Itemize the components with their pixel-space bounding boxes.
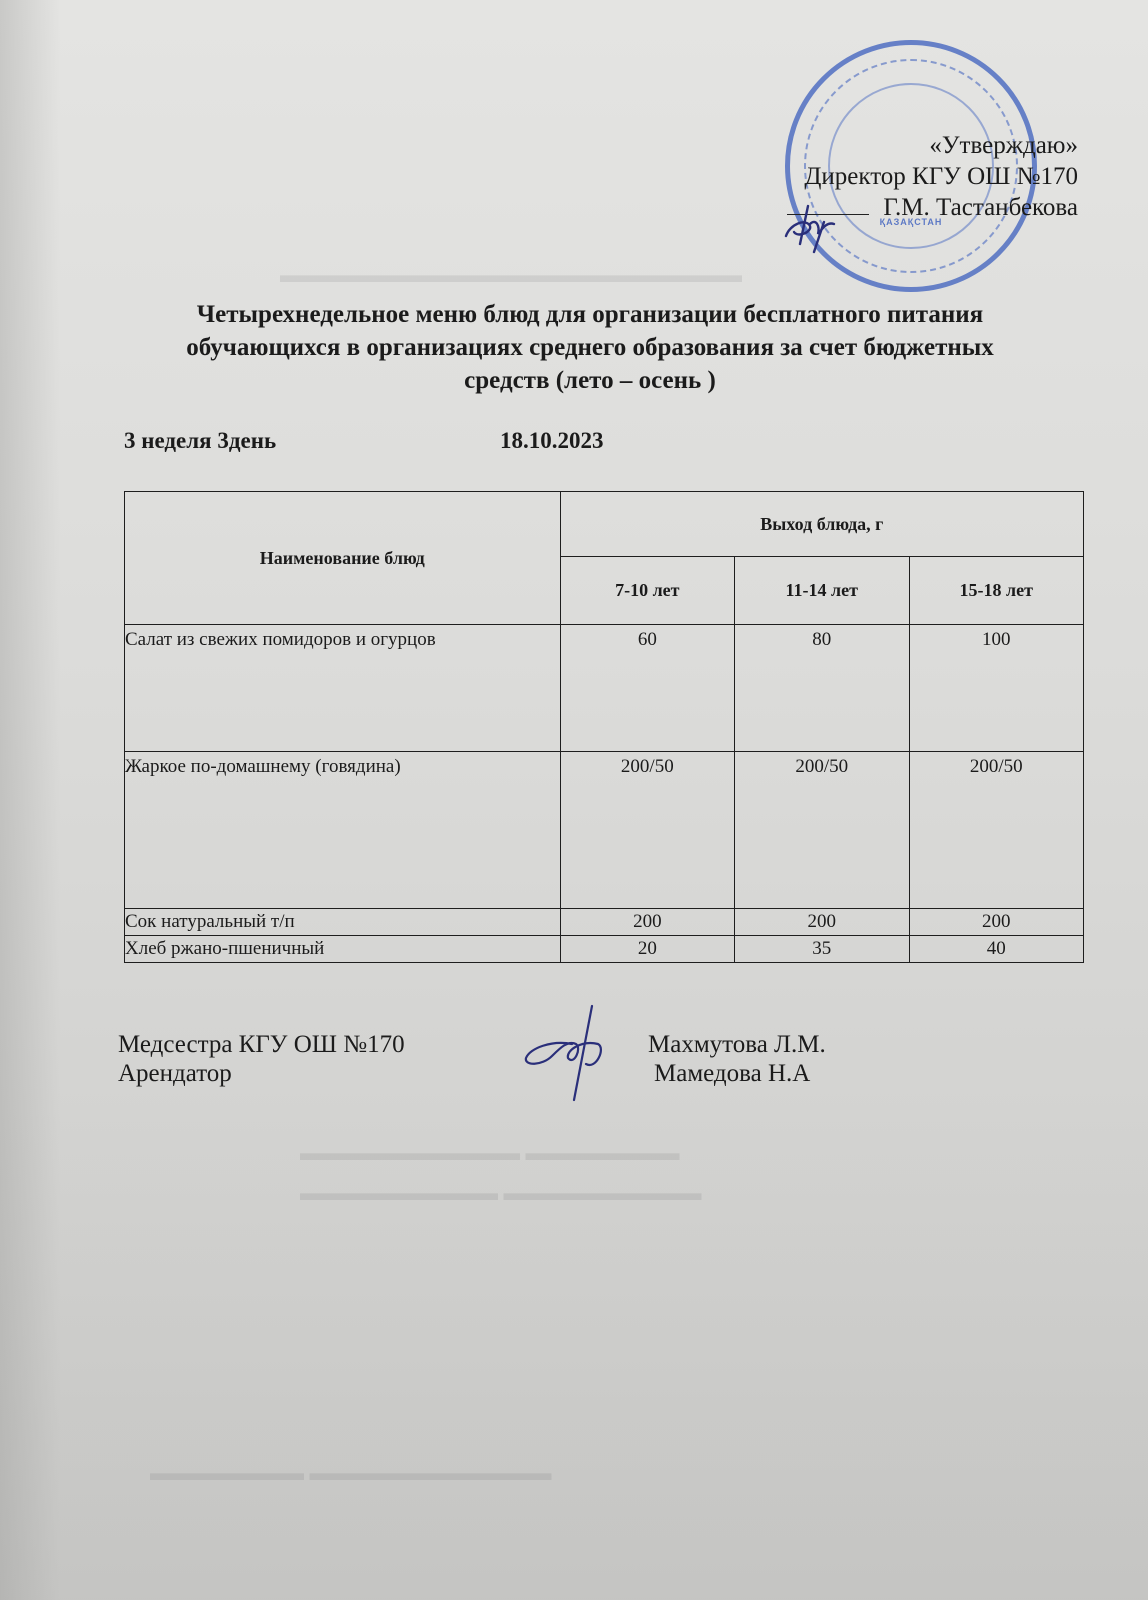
yield-value: 200/50 [560, 752, 734, 909]
approval-label: «Утверждаю» [787, 130, 1078, 161]
tenant-position: Арендатор [118, 1059, 405, 1088]
table-row: Жаркое по-домашнему (говядина) 200/50 20… [125, 752, 1084, 909]
show-through-decoration: ▬▬▬▬▬▬▬▬▬▬▬ ▬▬▬▬▬▬▬ [150, 1460, 552, 1486]
show-through-decoration: ▬▬▬▬▬▬▬ ▬▬▬▬▬▬▬▬▬▬ [300, 1140, 680, 1166]
table-row: Сок натуральный т/п 200 200 200 [125, 909, 1084, 936]
yield-value: 40 [909, 936, 1084, 963]
dish-name: Хлеб ржано-пшеничный [125, 936, 561, 963]
yield-value: 60 [560, 625, 734, 752]
title-line-2: обучающихся в организациях среднего обра… [110, 331, 1070, 364]
yield-value: 100 [909, 625, 1084, 752]
dish-name: Жаркое по-домашнему (говядина) [125, 752, 561, 909]
nurse-signature-icon [512, 1000, 622, 1110]
column-header-age-15-18: 15-18 лет [909, 557, 1084, 625]
title-line-3: средств (лето – осень ) [110, 364, 1070, 397]
title-line-1: Четырехнедельное меню блюд для организац… [110, 298, 1070, 331]
document-title: Четырехнедельное меню блюд для организац… [110, 298, 1070, 397]
director-signature-icon [780, 196, 850, 256]
column-header-dish-name: Наименование блюд [125, 492, 561, 625]
yield-value: 35 [735, 936, 909, 963]
approver-name: Г.М. Тастанбекова [883, 194, 1078, 221]
yield-value: 20 [560, 936, 734, 963]
show-through-decoration: ▬▬▬▬▬▬▬▬▬ ▬▬▬▬▬▬▬▬▬ [300, 1180, 702, 1206]
yield-value: 200 [560, 909, 734, 936]
approver-position: Директор КГУ ОШ №170 [787, 161, 1078, 192]
yield-value: 200 [909, 909, 1084, 936]
menu-table: Наименование блюд Выход блюда, г 7-10 ле… [124, 491, 1084, 963]
yield-value: 200/50 [735, 752, 909, 909]
yield-value: 200 [735, 909, 909, 936]
dish-name: Сок натуральный т/п [125, 909, 561, 936]
footer-positions: Медсестра КГУ ОШ №170 Арендатор [118, 1030, 405, 1088]
table-row: Салат из свежих помидоров и огурцов 60 8… [125, 625, 1084, 752]
show-through-decoration: ▬▬▬▬▬▬▬▬▬▬▬▬▬▬▬▬▬▬▬▬▬ [280, 262, 742, 288]
dish-name: Салат из свежих помидоров и огурцов [125, 625, 561, 752]
footer-names: Махмутова Л.М. Мамедова Н.А [648, 1030, 826, 1088]
column-header-yield: Выход блюда, г [560, 492, 1083, 557]
nurse-name: Махмутова Л.М. [648, 1030, 826, 1059]
column-header-age-7-10: 7-10 лет [560, 557, 734, 625]
menu-date: 18.10.2023 [500, 428, 604, 454]
week-day-label: 3 неделя 3день [124, 428, 276, 454]
table-row: Хлеб ржано-пшеничный 20 35 40 [125, 936, 1084, 963]
nurse-position: Медсестра КГУ ОШ №170 [118, 1030, 405, 1059]
yield-value: 80 [735, 625, 909, 752]
yield-value: 200/50 [909, 752, 1084, 909]
tenant-name: Мамедова Н.А [648, 1059, 826, 1088]
column-header-age-11-14: 11-14 лет [735, 557, 909, 625]
